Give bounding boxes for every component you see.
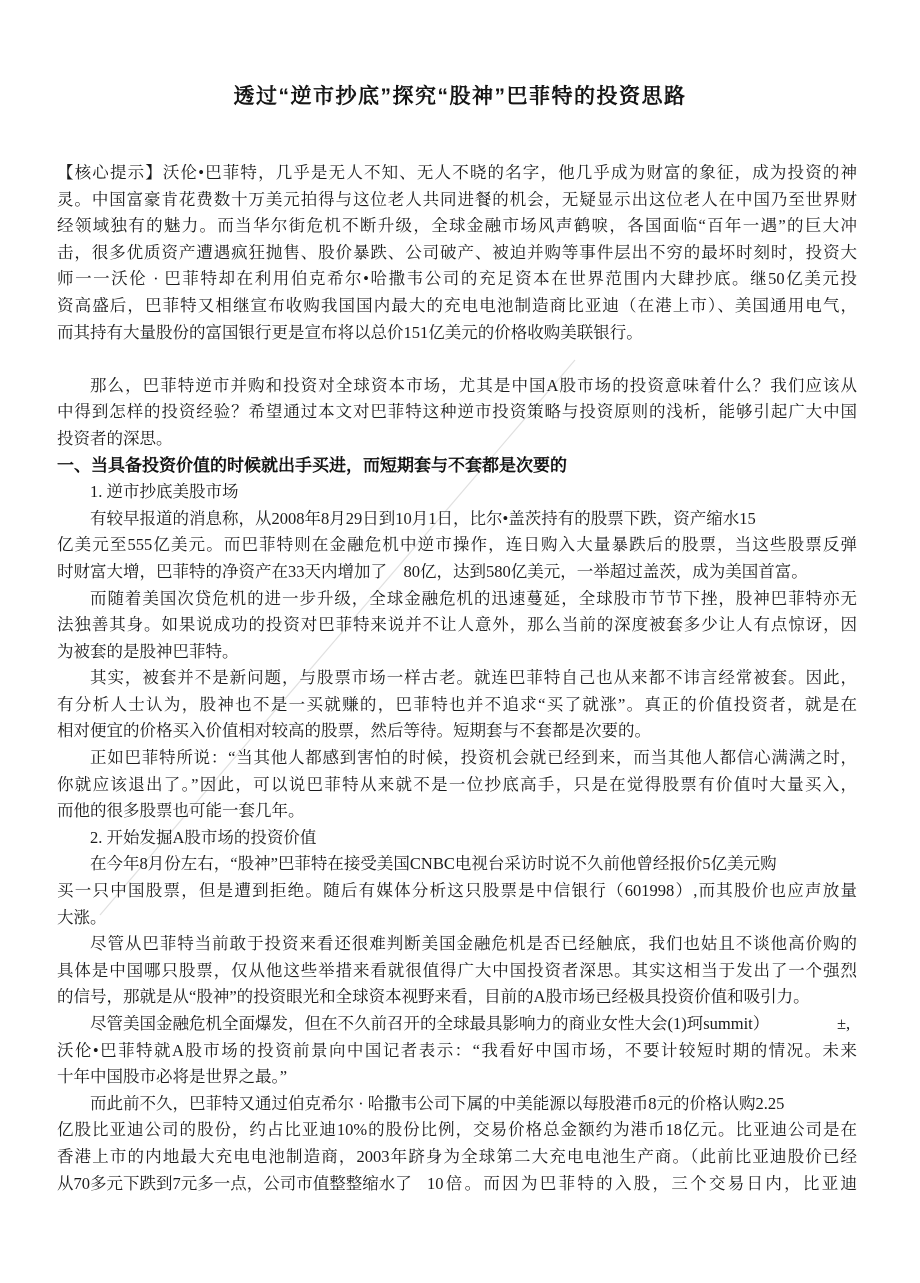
text-line: 2. 开始发掘A股市场的投资价值 [57,825,857,852]
text-line-tail: 10倍。而因为巴菲特的入股，三个交易日内，比亚迪 [427,1171,857,1198]
text-line: 正如巴菲特所说：“当其他人都感到害怕的时候，投资机会就已经到来，而当其他人都信心… [57,745,857,772]
blank-line [57,346,857,373]
text-line: 师一一沃伦 · 巴菲特却在利用伯克希尔•哈撒韦公司的充足资本在世界范围内大肆抄底… [57,266,857,293]
document-page: 透过“逆市抄底”探究“股神”巴菲特的投资思路 【核心提示】沃伦•巴菲特，几乎是无… [0,0,920,1283]
text-line: 时财富大增，巴菲特的净资产在33天内增加了 80亿，达到580亿美元，一举超过盖… [57,559,857,586]
text-line: 尽管从巴菲特当前敢于投资来看还很难判断美国金融危机是否已经触底，我们也姑且不谈他… [57,931,857,958]
text-line: 那么，巴菲特逆市并购和投资对全球资本市场，尤其是中国A股市场的投资意味着什么？我… [57,373,857,400]
text-line: 香港上市的内地最大充电电池制造商，2003年跻身为全球第二大充电电池生产商。（此… [57,1144,857,1171]
text-line: 而他的很多股票也可能一套几年。 [57,798,857,825]
text-line: 【核心提示】沃伦•巴菲特，几乎是无人不知、无人不晓的名字，他几乎成为财富的象征，… [57,160,857,187]
text-line: 其实，被套并不是新问题，与股票市场一样古老。就连巴菲特自己也从来都不讳言经常被套… [57,665,857,692]
text-body: 【核心提示】沃伦•巴菲特，几乎是无人不知、无人不晓的名字，他几乎成为财富的象征，… [57,160,857,1197]
text-line: 从70多元下跌到7元多一点，公司市值整整缩水了10倍。而因为巴菲特的入股，三个交… [57,1171,857,1198]
text-line: 尽管美国金融危机全面爆发，但在不久前召开的全球最具影响力的商业女性大会(1)珂s… [57,1011,857,1038]
text-line: 的信号，那就是从“股神”的投资眼光和全球资本视野来看，目前的A股市场已经极具投资… [57,984,857,1011]
text-line: 十年中国股市必将是世界之最。” [57,1064,857,1091]
text-line: 沃伦•巴菲特就A股市场的投资前景向中国记者表示：“我看好中国市场，不要计较短时期… [57,1038,857,1065]
section-heading: 一、当具备投资价值的时候就出手买进，而短期套与不套都是次要的 [57,453,857,480]
text-line: 灵。中国富豪肯花费数十万美元拍得与这位老人共同进餐的机会，无疑显示出这位老人在中… [57,187,857,214]
text-line: 而其持有大量股份的富国银行更是宣布将以总价151亿美元的价格收购美联银行。 [57,320,857,347]
text-line: 具体是中国哪只股票，仅从他这些举措来看就很值得广大中国投资者深思。其实这相当于发… [57,958,857,985]
text-line: 亿美元至555亿美元。而巴菲特则在金融危机中逆市操作，连日购入大量暴跌后的股票，… [57,532,857,559]
text-line: 经领域独有的魅力。而当华尔街危机不断升级，全球金融市场风声鹤唳，各国面临“百年一… [57,213,857,240]
text-line: 中得到怎样的投资经验？希望通过本文对巴菲特这种逆市投资策略与投资原则的浅析，能够… [57,399,857,426]
text-line: 你就应该退出了。”因此，可以说巴菲特从来就不是一位抄底高手，只是在觉得股票有价值… [57,772,857,799]
text-line: 击，很多优质资产遭遇疯狂抛售、股价暴跌、公司破产、被迫并购等事件层出不穷的最坏时… [57,240,857,267]
page-title: 透过“逆市抄底”探究“股神”巴菲特的投资思路 [0,80,920,110]
text-line-tail: ±, [837,1011,850,1038]
text-line: 而随着美国次贷危机的进一步升级，全球金融危机的迅速蔓延，全球股市节节下挫，股神巴… [57,586,857,613]
text-line: 大涨。 [57,905,857,932]
text-line: 为被套的是股神巴菲特。 [57,639,857,666]
text-line: 法独善其身。如果说成功的投资对巴菲特来说并不让人意外，那么当前的深度被套多少让人… [57,612,857,639]
text-line: 资高盛后，巴菲特又相继宣布收购我国国内最大的充电电池制造商比亚迪（在港上市）、美… [57,293,857,320]
text-line: 相对便宜的价格买入价值相对较高的股票，然后等待。短期套与不套都是次要的。 [57,718,857,745]
text-line: 有分析人士认为，股神也不是一买就赚的，巴菲特也并不追求“买了就涨”。真正的价值投… [57,692,857,719]
text-line: 投资者的深思。 [57,426,857,453]
text-line: 在今年8月份左右，“股神”巴菲特在接受美国CNBC电视台采访时说不久前他曾经报价… [57,851,857,878]
text-line: 有较早报道的消息称，从2008年8月29日到10月1日，比尔•盖茨持有的股票下跌… [57,506,857,533]
text-line: 亿股比亚迪公司的股份，约占比亚迪10%的股份比例，交易价格总金额约为港币18亿元… [57,1117,857,1144]
text-line: 买一只中国股票，但是遭到拒绝。随后有媒体分析这只股票是中信银行（601998）,… [57,878,857,905]
text-line: 而此前不久，巴菲特又通过伯克希尔 · 哈撒韦公司下属的中美能源以每股港币8元的价… [57,1091,857,1118]
text-line: 1. 逆市抄底美股市场 [57,479,857,506]
